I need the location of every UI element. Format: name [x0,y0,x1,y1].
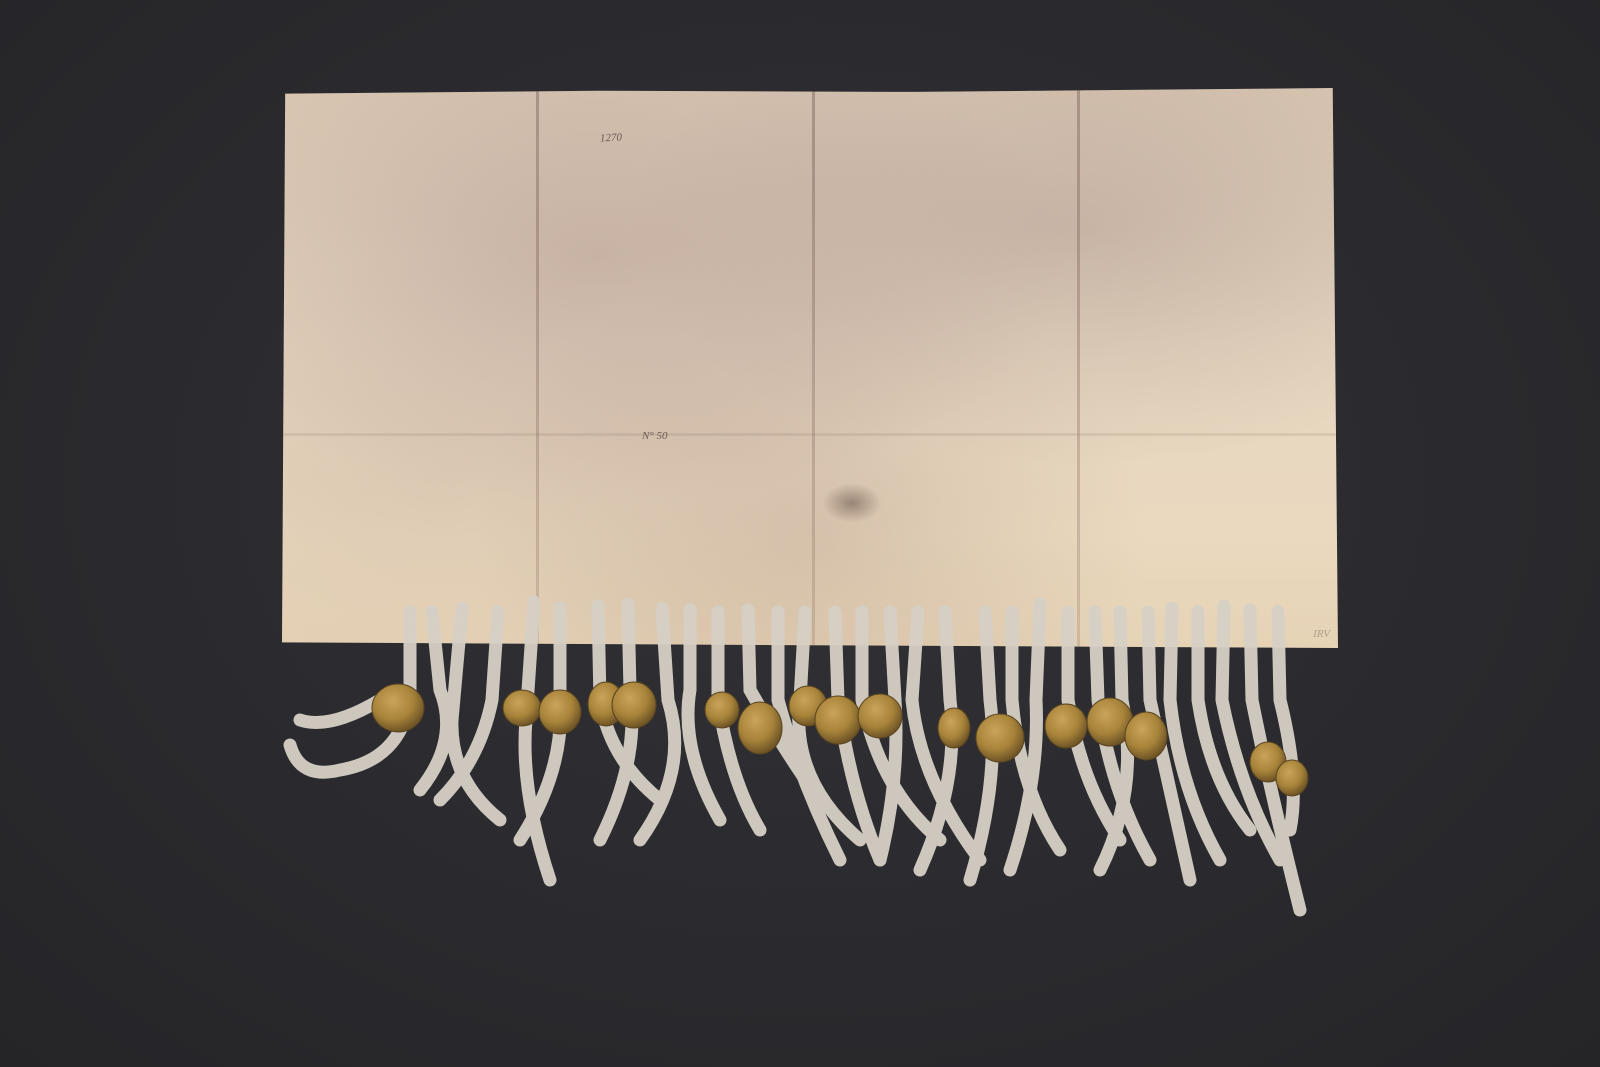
seal-tags-and-seals [0,0,1600,1067]
